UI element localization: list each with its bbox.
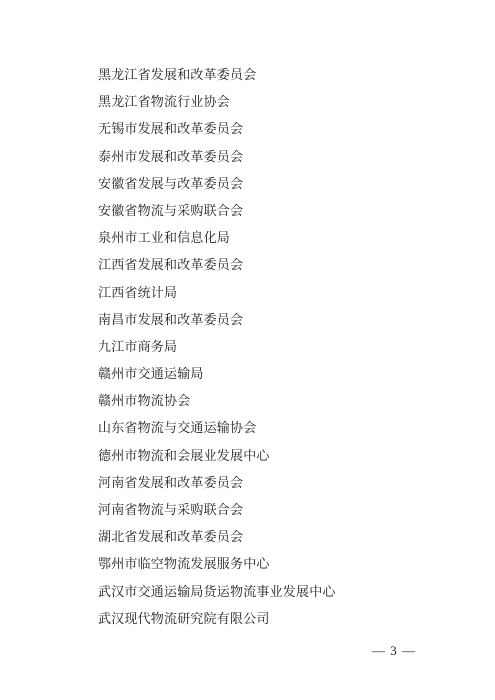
document-page: 黑龙江省发展和改革委员会 黑龙江省物流行业协会 无锡市发展和改革委员会 泰州市发… <box>0 0 495 700</box>
org-list-item: 山东省物流与交通运输协会 <box>98 414 336 441</box>
org-list-item: 湖北省发展和改革委员会 <box>98 523 336 550</box>
org-list-item: 安徽省物流与采购联合会 <box>98 197 336 224</box>
org-list-item: 河南省发展和改革委员会 <box>98 469 336 496</box>
org-list-item: 九江市商务局 <box>98 333 336 360</box>
org-list-item: 德州市物流和会展业发展中心 <box>98 442 336 469</box>
page-number: — 3 — <box>0 643 416 659</box>
org-list-item: 赣州市物流协会 <box>98 387 336 414</box>
org-list-item: 武汉市交通运输局货运物流事业发展中心 <box>98 578 336 605</box>
org-list-item: 鄂州市临空物流发展服务中心 <box>98 550 336 577</box>
org-list-item: 武汉现代物流研究院有限公司 <box>98 605 336 632</box>
org-list-item: 泰州市发展和改革委员会 <box>98 143 336 170</box>
org-list-item: 江西省发展和改革委员会 <box>98 251 336 278</box>
org-list: 黑龙江省发展和改革委员会 黑龙江省物流行业协会 无锡市发展和改革委员会 泰州市发… <box>98 61 336 632</box>
org-list-item: 黑龙江省发展和改革委员会 <box>98 61 336 88</box>
org-list-item: 江西省统计局 <box>98 279 336 306</box>
org-list-item: 安徽省发展与改革委员会 <box>98 170 336 197</box>
org-list-item: 黑龙江省物流行业协会 <box>98 88 336 115</box>
org-list-item: 泉州市工业和信息化局 <box>98 224 336 251</box>
org-list-item: 南昌市发展和改革委员会 <box>98 306 336 333</box>
org-list-item: 无锡市发展和改革委员会 <box>98 115 336 142</box>
org-list-item: 河南省物流与采购联合会 <box>98 496 336 523</box>
org-list-item: 赣州市交通运输局 <box>98 360 336 387</box>
